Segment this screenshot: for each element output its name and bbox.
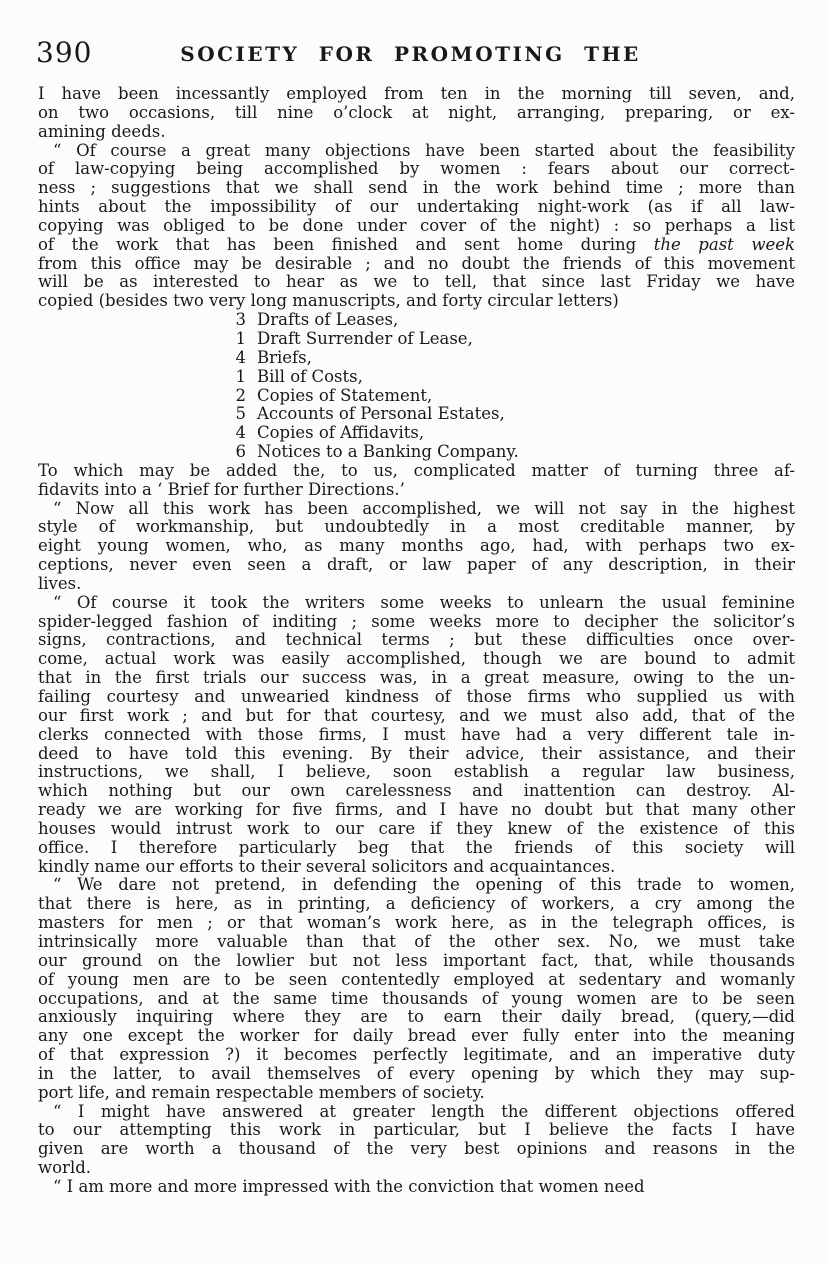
text-segment: clerks connected with those firms, I mus… [38, 725, 795, 744]
text-segment: I have been incessantly employed from te… [38, 84, 795, 103]
text-line: “ Of course it took the writers some wee… [38, 594, 795, 613]
list-item: 5Accounts of Personal Estates, [232, 405, 795, 424]
text-segment: of that expression ?) it becomes perfect… [38, 1045, 795, 1064]
text-segment: given are worth a thousand of the very b… [38, 1139, 795, 1158]
text-line: amining deeds. [38, 123, 795, 142]
text-line: masters for men ; or that woman’s work h… [38, 914, 795, 933]
text-line: ready we are working for five firms, and… [38, 801, 795, 820]
page-body: I have been incessantly employed from te… [38, 85, 795, 1197]
text-line: To which may be added the, to us, compli… [38, 462, 795, 481]
text-segment: “ I might have answered at greater lengt… [53, 1102, 795, 1121]
text-line: lives. [38, 575, 795, 594]
text-segment: lives. [38, 574, 81, 593]
text-line: from this office may be desirable ; and … [38, 255, 795, 274]
work-copied-list: 3Drafts of Leases,1Draft Surrender of Le… [232, 311, 795, 462]
text-segment: ness ; suggestions that we shall send in… [38, 178, 795, 197]
list-item: 1Bill of Costs, [232, 368, 795, 387]
text-segment: which nothing but our own carelessness a… [38, 781, 795, 800]
text-line: “ Of course a great many objections have… [38, 142, 795, 161]
text-line: “ I am more and more impressed with the … [38, 1178, 795, 1197]
paragraph: “ Of course a great many objections have… [38, 142, 795, 312]
text-line: of young men are to be seen contentedly … [38, 971, 795, 990]
item-qty: 2 [232, 387, 246, 406]
item-label: Notices to a Banking Company. [257, 442, 519, 461]
text-line: office. I therefore particularly beg tha… [38, 839, 795, 858]
item-label: Accounts of Personal Estates, [257, 404, 505, 423]
text-segment: of young men are to be seen contentedly … [38, 970, 795, 989]
text-segment: “ Now all this work has been accomplishe… [53, 499, 795, 518]
text-line: instructions, we shall, I believe, soon … [38, 763, 795, 782]
paragraph: To which may be added the, to us, compli… [38, 462, 795, 500]
text-line: I have been incessantly employed from te… [38, 85, 795, 104]
paragraph: “ Now all this work has been accomplishe… [38, 500, 795, 594]
item-qty: 3 [232, 311, 246, 330]
text-segment: ready we are working for five firms, and… [38, 800, 795, 819]
text-line: that there is here, as in printing, a de… [38, 895, 795, 914]
text-line: hints about the impossibility of our und… [38, 198, 795, 217]
text-segment: deed to have told this evening. By their… [38, 744, 795, 763]
text-line: anxiously inquiring where they are to ea… [38, 1008, 795, 1027]
text-segment: “ Of course it took the writers some wee… [53, 593, 795, 612]
text-line: occupations, and at the same time thousa… [38, 990, 795, 1009]
text-segment: fidavits into a ‘ Brief for further Dire… [38, 480, 405, 499]
text-line: ness ; suggestions that we shall send in… [38, 179, 795, 198]
text-segment: on two occasions, till nine o’clock at n… [38, 103, 795, 122]
text-segment: failing courtesy and unwearied kindness … [38, 687, 795, 706]
paragraph: I have been incessantly employed from te… [38, 85, 795, 142]
text-segment: ceptions, never even seen a draft, or la… [38, 555, 795, 574]
text-segment: amining deeds. [38, 122, 165, 141]
text-line: our ground on the lowlier but not less i… [38, 952, 795, 971]
text-segment: hints about the impossibility of our und… [38, 197, 795, 216]
text-segment: will be as interested to hear as we to t… [38, 272, 795, 291]
text-segment: from this office may be desirable ; and … [38, 254, 795, 273]
paragraph: “ Of course it took the writers some wee… [38, 594, 795, 877]
list-item: 2Copies of Statement, [232, 387, 795, 406]
text-line: come, actual work was easily accomplishe… [38, 650, 795, 669]
item-label: Draft Surrender of Lease, [257, 329, 473, 348]
list-item: 4Briefs, [232, 349, 795, 368]
paragraph: “ We dare not pretend, in defending the … [38, 876, 795, 1102]
paragraph: “ I am more and more impressed with the … [38, 1178, 795, 1197]
text-segment: kindly name our efforts to their several… [38, 857, 615, 876]
text-segment: spider-legged fashion of inditing ; some… [38, 612, 795, 631]
text-segment: “ We dare not pretend, in defending the … [53, 875, 795, 894]
item-qty: 5 [232, 405, 246, 424]
text-line: style of workmanship, but undoubtedly in… [38, 518, 795, 537]
text-line: copied (besides two very long manuscript… [38, 292, 795, 311]
item-label: Copies of Statement, [257, 386, 432, 405]
text-segment: office. I therefore particularly beg tha… [38, 838, 795, 857]
text-line: deed to have told this evening. By their… [38, 745, 795, 764]
text-segment: of the work that has been finished and s… [38, 235, 654, 254]
text-line: clerks connected with those firms, I mus… [38, 726, 795, 745]
text-line: “ I might have answered at greater lengt… [38, 1103, 795, 1122]
text-line: houses would intrust work to our care if… [38, 820, 795, 839]
text-line: “ Now all this work has been accomplishe… [38, 500, 795, 519]
text-segment: intrinsically more valuable than that of… [38, 932, 795, 951]
text-line: fidavits into a ‘ Brief for further Dire… [38, 481, 795, 500]
text-line: will be as interested to hear as we to t… [38, 273, 795, 292]
item-qty: 4 [232, 424, 246, 443]
book-page-scan: 390 SOCIETY FOR PROMOTING THE I have bee… [0, 0, 828, 1263]
text-segment: signs, contractions, and technical terms… [38, 630, 795, 649]
paragraph: “ I might have answered at greater lengt… [38, 1103, 795, 1178]
text-line: signs, contractions, and technical terms… [38, 631, 795, 650]
list-item: 6Notices to a Banking Company. [232, 443, 795, 462]
item-label: Copies of Affidavits, [257, 423, 424, 442]
item-qty: 4 [232, 349, 246, 368]
text-line: any one except the worker for daily brea… [38, 1027, 795, 1046]
text-segment: our first work ; and but for that courte… [38, 706, 795, 725]
item-label: Drafts of Leases, [257, 310, 398, 329]
text-segment: “ Of course a great many objections have… [53, 141, 795, 160]
text-segment: port life, and remain respectable member… [38, 1083, 485, 1102]
text-line: failing courtesy and unwearied kindness … [38, 688, 795, 707]
text-segment: eight young women, who, as many months a… [38, 536, 795, 555]
text-segment: occupations, and at the same time thousa… [38, 989, 795, 1008]
text-line: which nothing but our own carelessness a… [38, 782, 795, 801]
text-segment: that in the first trials our success was… [38, 668, 795, 687]
text-segment: style of workmanship, but undoubtedly in… [38, 517, 795, 536]
item-label: Briefs, [257, 348, 312, 367]
text-line: port life, and remain respectable member… [38, 1084, 795, 1103]
text-segment: houses would intrust work to our care if… [38, 819, 795, 838]
text-line: to our attempting this work in particula… [38, 1121, 795, 1140]
text-line: copying was obliged to be done under cov… [38, 217, 795, 236]
text-line: kindly name our efforts to their several… [38, 858, 795, 877]
text-segment: any one except the worker for daily brea… [38, 1026, 795, 1045]
text-line: spider-legged fashion of inditing ; some… [38, 613, 795, 632]
item-label: Bill of Costs, [257, 367, 363, 386]
text-segment: masters for men ; or that woman’s work h… [38, 913, 795, 932]
text-line: in the latter, to avail themselves of ev… [38, 1065, 795, 1084]
text-segment: of law-copying being accomplished by wom… [38, 159, 795, 178]
text-line: on two occasions, till nine o’clock at n… [38, 104, 795, 123]
text-line: that in the first trials our success was… [38, 669, 795, 688]
text-segment: world. [38, 1158, 91, 1177]
text-line: of that expression ?) it becomes perfect… [38, 1046, 795, 1065]
text-line: of law-copying being accomplished by wom… [38, 160, 795, 179]
text-segment: our ground on the lowlier but not less i… [38, 951, 795, 970]
text-segment: that there is here, as in printing, a de… [38, 894, 795, 913]
list-item: 4Copies of Affidavits, [232, 424, 795, 443]
text-segment: come, actual work was easily accomplishe… [38, 649, 795, 668]
text-segment: copying was obliged to be done under cov… [38, 216, 795, 235]
text-line: eight young women, who, as many months a… [38, 537, 795, 556]
italic-text: the past week [654, 235, 795, 254]
list-item: 3Drafts of Leases, [232, 311, 795, 330]
text-line: our first work ; and but for that courte… [38, 707, 795, 726]
text-segment: “ I am more and more impressed with the … [53, 1177, 645, 1196]
text-segment: copied (besides two very long manuscript… [38, 291, 619, 310]
running-title: SOCIETY FOR PROMOTING THE [38, 42, 783, 66]
text-line: of the work that has been finished and s… [38, 236, 795, 255]
text-segment: to our attempting this work in particula… [38, 1120, 795, 1139]
text-line: world. [38, 1159, 795, 1178]
text-line: intrinsically more valuable than that of… [38, 933, 795, 952]
text-segment: anxiously inquiring where they are to ea… [38, 1007, 795, 1026]
text-segment: in the latter, to avail themselves of ev… [38, 1064, 795, 1083]
list-item: 1Draft Surrender of Lease, [232, 330, 795, 349]
text-line: given are worth a thousand of the very b… [38, 1140, 795, 1159]
item-qty: 1 [232, 330, 246, 349]
text-segment: To which may be added the, to us, compli… [38, 461, 795, 480]
text-segment: instructions, we shall, I believe, soon … [38, 762, 795, 781]
item-qty: 6 [232, 443, 246, 462]
text-line: ceptions, never even seen a draft, or la… [38, 556, 795, 575]
text-line: “ We dare not pretend, in defending the … [38, 876, 795, 895]
item-qty: 1 [232, 368, 246, 387]
